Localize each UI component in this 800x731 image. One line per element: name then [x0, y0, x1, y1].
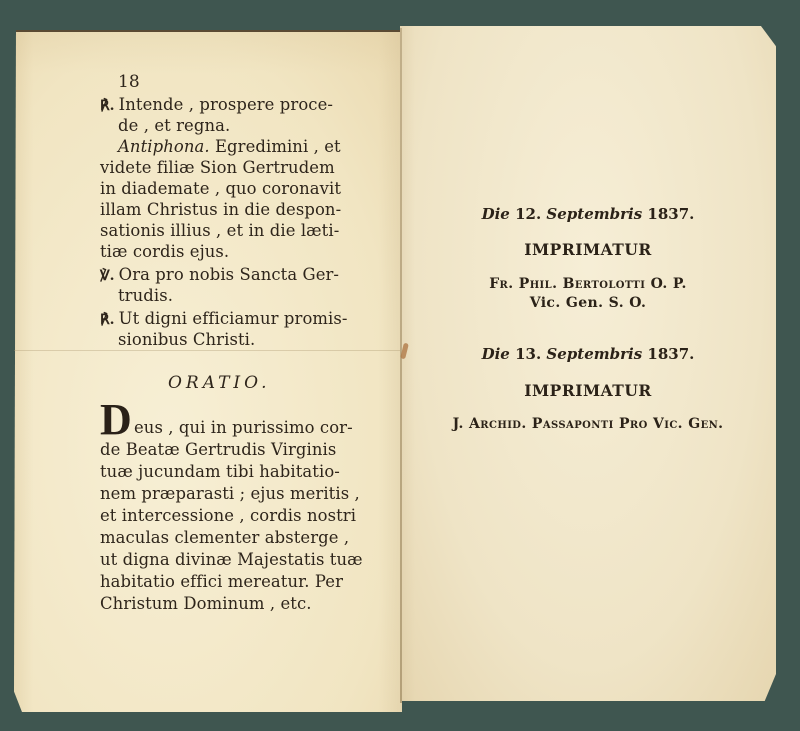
- prayer-line: habitatio effici mereatur. Per: [100, 572, 343, 591]
- right-page: [400, 26, 776, 701]
- prayer-line: tuæ jucundam tibi habitatio-: [100, 462, 340, 481]
- response-symbol: ℟.: [100, 312, 115, 328]
- prayer-line: nem præparasti ; ejus meritis ,: [100, 484, 360, 503]
- first-approval-title: Vic. Gen. S. O.: [400, 295, 776, 311]
- second-approval-date: Die 13. Septembris 1837.: [400, 345, 776, 363]
- page-number: 18: [118, 72, 140, 92]
- prayer-line: maculas clementer absterge ,: [100, 528, 349, 547]
- text-line: sionibus Christi.: [118, 330, 255, 349]
- versicle-line: ℣.Ora pro nobis Sancta Ger-: [100, 265, 339, 284]
- response-symbol: ℟.: [100, 98, 115, 114]
- response-line: ℟.Ut digni efficiamur promis-: [100, 309, 348, 328]
- second-approval-signature: J. Archid. Passaponti Pro Vic. Gen.: [400, 416, 776, 432]
- text-line: illam Christus in die despon-: [100, 200, 341, 219]
- oratio-heading: ORATIO.: [168, 373, 270, 393]
- antiphona-label: Antiphona.: [118, 137, 210, 156]
- booklet-spine: [400, 28, 402, 703]
- text-line: sationis illius , et in die læti-: [100, 221, 339, 240]
- text-line: tiæ cordis ejus.: [100, 242, 229, 261]
- prayer-line: eus , qui in purissimo cor-: [134, 418, 353, 437]
- text-line: de , et regna.: [118, 116, 230, 135]
- text-line: in diademate , quo coronavit: [100, 179, 341, 198]
- antiphona-line: Antiphona. Egredimini , et: [118, 137, 341, 156]
- text-line: videte filiæ Sion Gertrudem: [100, 158, 335, 177]
- prayer-line: et intercessione , cordis nostri: [100, 506, 356, 525]
- first-imprimatur-heading: IMPRIMATUR: [400, 240, 776, 259]
- paper-fold-line: [14, 350, 400, 351]
- response-line: ℟.Intende , prospere proce-: [100, 95, 333, 114]
- prayer-line: Christum Dominum , etc.: [100, 594, 312, 613]
- first-approval-signature: Fr. Phil. Bertolotti O. P.: [400, 276, 776, 292]
- versicle-symbol: ℣.: [100, 268, 115, 284]
- prayer-line: ut digna divinæ Majestatis tuæ: [100, 550, 363, 569]
- drop-cap: D: [100, 400, 132, 440]
- second-imprimatur-heading: IMPRIMATUR: [400, 381, 776, 400]
- first-approval-date: Die 12. Septembris 1837.: [400, 205, 776, 223]
- text-line: trudis.: [118, 286, 173, 305]
- prayer-line: de Beatæ Gertrudis Virginis: [100, 440, 336, 459]
